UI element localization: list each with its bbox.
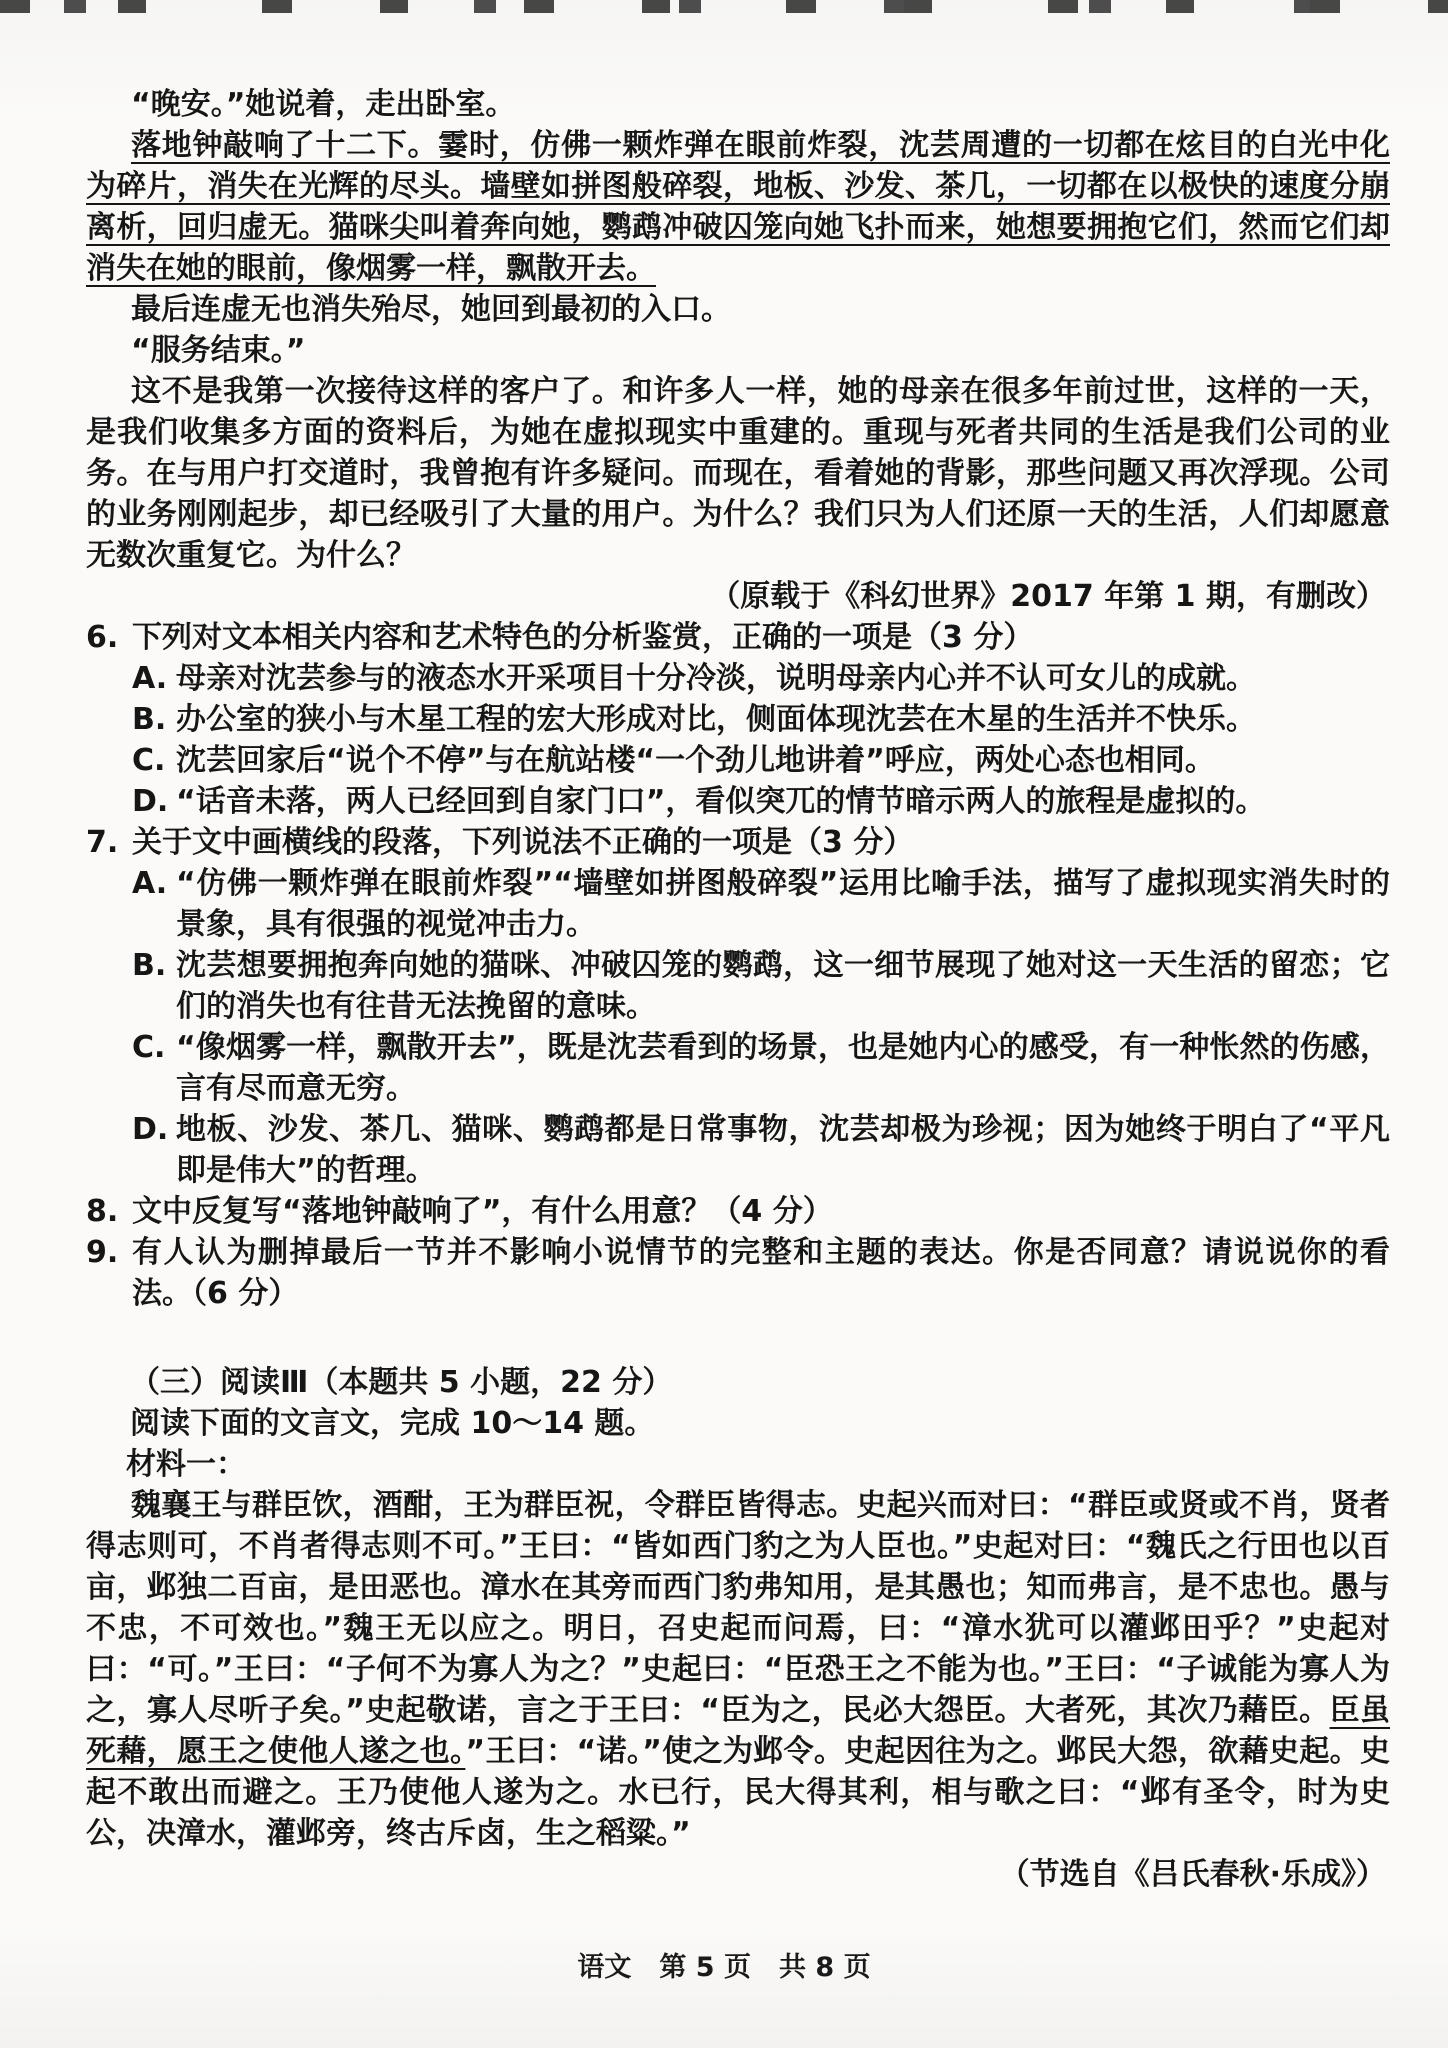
question-7-option-d: D. 地板、沙发、茶几、猫咪、鹦鹉都是日常事物，沈芸却极为珍视；因为她终于明白了…	[86, 1109, 1390, 1191]
option-label: B.	[132, 699, 176, 740]
footer-page-number: 第 5 页	[659, 1945, 751, 1984]
story-paragraph-underlined: 落地钟敲响了十二下。霎时，仿佛一颗炸弹在眼前炸裂，沈芸周遭的一切都在炫目的白光中…	[86, 125, 1390, 289]
question-6-option-a: A. 母亲对沈芸参与的液态水开采项目十分冷淡，说明母亲内心并不认可女儿的成就。	[86, 658, 1390, 699]
option-text: 办公室的狭小与木星工程的宏大形成对比，侧面体现沈芸在木星的生活并不快乐。	[176, 699, 1390, 740]
question-6-number: 6.	[86, 617, 132, 658]
option-text: “仿佛一颗炸弹在眼前炸裂”“墙壁如拼图般碎裂”运用比喻手法，描写了虚拟现实消失时…	[176, 863, 1390, 945]
question-8: 8. 文中反复写“落地钟敲响了”，有什么用意？（4 分）	[86, 1191, 1390, 1232]
option-label: A.	[132, 863, 176, 945]
exam-page-scan: “晚安。”她说着，走出卧室。 落地钟敲响了十二下。霎时，仿佛一颗炸弹在眼前炸裂，…	[0, 0, 1448, 2048]
story-paragraph-narrator: 这不是我第一次接待这样的客户了。和许多人一样，她的母亲在很多年前过世，这样的一天…	[86, 371, 1390, 576]
option-text: 地板、沙发、茶几、猫咪、鹦鹉都是日常事物，沈芸却极为珍视；因为她终于明白了“平凡…	[176, 1109, 1390, 1191]
page-content: “晚安。”她说着，走出卧室。 落地钟敲响了十二下。霎时，仿佛一颗炸弹在眼前炸裂，…	[86, 84, 1390, 1895]
question-7-option-c: C. “像烟雾一样，飘散开去”，既是沈芸看到的场景，也是她内心的感受，有一种怅然…	[86, 1027, 1390, 1109]
question-9-number: 9.	[86, 1232, 132, 1314]
classical-segment-1: 魏襄王与群臣饮，酒酣，王为群臣祝，令群臣皆得志。史起兴而对曰：“群臣或贤或不肖，…	[86, 1488, 1390, 1728]
option-text: 母亲对沈芸参与的液态水开采项目十分冷淡，说明母亲内心并不认可女儿的成就。	[176, 658, 1390, 699]
footer-subject: 语文	[577, 1945, 631, 1984]
scan-artifact-top-edge	[0, 0, 1448, 13]
question-7-option-b: B. 沈芸想要拥抱奔向她的猫咪、冲破囚笼的鹦鹉，这一细节展现了她对这一天生活的留…	[86, 945, 1390, 1027]
question-6-option-d: D. “话音未落，两人已经回到自家门口”，看似突兀的情节暗示两人的旅程是虚拟的。	[86, 781, 1390, 822]
question-6-option-c: C. 沈芸回家后“说个不停”与在航站楼“一个劲儿地讲着”呼应，两处心态也相同。	[86, 740, 1390, 781]
question-8-stem: 文中反复写“落地钟敲响了”，有什么用意？（4 分）	[132, 1191, 1390, 1232]
option-label: C.	[132, 740, 176, 781]
section-gap	[86, 1314, 1390, 1362]
question-6: 6. 下列对文本相关内容和艺术特色的分析鉴赏，正确的一项是（3 分） A. 母亲…	[86, 617, 1390, 822]
story-paragraph-goodnight: “晚安。”她说着，走出卧室。	[86, 84, 1390, 125]
question-8-number: 8.	[86, 1191, 132, 1232]
option-label: B.	[132, 945, 176, 1027]
section-3-heading: （三）阅读Ⅲ（本题共 5 小题，22 分）	[86, 1362, 1390, 1403]
question-7-number: 7.	[86, 822, 132, 863]
option-label: D.	[132, 781, 176, 822]
classical-passage: 魏襄王与群臣饮，酒酣，王为群臣祝，令群臣皆得志。史起兴而对曰：“群臣或贤或不肖，…	[86, 1485, 1390, 1854]
question-7: 7. 关于文中画横线的段落，下列说法不正确的一项是（3 分） A. “仿佛一颗炸…	[86, 822, 1390, 1191]
material-1-label: 材料一：	[86, 1444, 1390, 1485]
question-7-stem: 关于文中画横线的段落，下列说法不正确的一项是（3 分）	[132, 822, 1390, 863]
classical-source-credit: （节选自《吕氏春秋·乐成》）	[86, 1854, 1390, 1895]
question-9: 9. 有人认为删掉最后一节并不影响小说情节的完整和主题的表达。你是否同意？请说说…	[86, 1232, 1390, 1314]
option-text: “像烟雾一样，飘散开去”，既是沈芸看到的场景，也是她内心的感受，有一种怅然的伤感…	[176, 1027, 1390, 1109]
option-text: 沈芸想要拥抱奔向她的猫咪、冲破囚笼的鹦鹉，这一细节展现了她对这一天生活的留恋；它…	[176, 945, 1390, 1027]
question-6-stem: 下列对文本相关内容和艺术特色的分析鉴赏，正确的一项是（3 分）	[132, 617, 1390, 658]
page-footer: 语文 第 5 页 共 8 页	[0, 1945, 1448, 1984]
question-6-option-b: B. 办公室的狭小与木星工程的宏大形成对比，侧面体现沈芸在木星的生活并不快乐。	[86, 699, 1390, 740]
question-7-option-a: A. “仿佛一颗炸弹在眼前炸裂”“墙壁如拼图般碎裂”运用比喻手法，描写了虚拟现实…	[86, 863, 1390, 945]
story-paragraph-void: 最后连虚无也消失殆尽，她回到最初的入口。	[86, 289, 1390, 330]
option-label: D.	[132, 1109, 176, 1191]
section-3-instruction: 阅读下面的文言文，完成 10～14 题。	[86, 1403, 1390, 1444]
option-label: C.	[132, 1027, 176, 1109]
question-9-stem: 有人认为删掉最后一节并不影响小说情节的完整和主题的表达。你是否同意？请说说你的看…	[132, 1232, 1390, 1314]
option-text: “话音未落，两人已经回到自家门口”，看似突兀的情节暗示两人的旅程是虚拟的。	[176, 781, 1390, 822]
footer-page-total: 共 8 页	[779, 1945, 871, 1984]
story-paragraph-service-end: “服务结束。”	[86, 330, 1390, 371]
option-text: 沈芸回家后“说个不停”与在航站楼“一个劲儿地讲着”呼应，两处心态也相同。	[176, 740, 1390, 781]
option-label: A.	[132, 658, 176, 699]
story-source-credit: （原载于《科幻世界》2017 年第 1 期，有删改）	[86, 576, 1390, 617]
